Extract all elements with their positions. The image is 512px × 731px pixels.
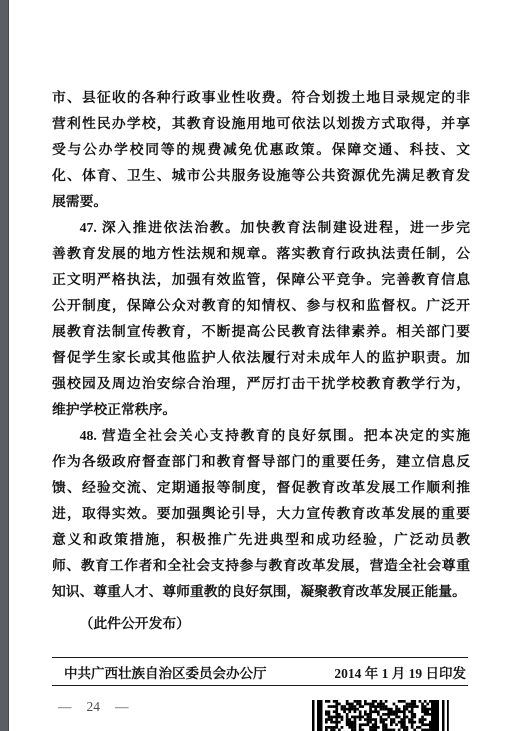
text-line: 作为各级政府督查部门和教育督导部门的重要任务，建立信息反 (52, 449, 470, 475)
text-line: 营利性民办学校，其教育设施用地可依法以划拨方式取得，并享 (52, 111, 470, 137)
barcode-svg (312, 700, 450, 731)
text-line: 正文明严格执法，加强有效监管，保障公平竞争。完善教育信息 (52, 267, 470, 293)
text-line: 知识、尊重人才、尊师重教的良好氛围，凝聚教育改革发展正能量。 (52, 579, 470, 605)
text-line: 展需要。 (52, 189, 470, 215)
text-line: 意义和政策措施，积极推广先进典型和成功经验，广泛动员教 (52, 527, 470, 553)
text-line: 师、教育工作者和全社会支持参与教育改革发展，营造全社会尊重 (52, 553, 470, 579)
text-line: 展教育法制宣传教育，不断提高公民教育法律素养。相关部门要 (52, 319, 470, 345)
page-number-dash-right: — (115, 699, 129, 715)
text-line: 强校园及周边治安综合治理，严厉打击干扰学校教育教学行为， (52, 371, 470, 397)
document-body: 市、县征收的各种行政事业性收费。符合划拨土地目录规定的非营利性民办学校，其教育设… (52, 85, 470, 637)
print-date: 2014 年 1 月 19 日印发 (334, 662, 466, 682)
page-number: — 24 — (58, 699, 129, 715)
issuing-office: 中共广西壮族自治区委员会办公厅 (64, 662, 267, 682)
document-page: 市、县征收的各种行政事业性收费。符合划拨土地目录规定的非营利性民办学校，其教育设… (0, 0, 512, 731)
footer-row: 中共广西壮族自治区委员会办公厅 2014 年 1 月 19 日印发 (52, 658, 468, 685)
text-line: 48. 营造全社会关心支持教育的良好氛围。把本决定的实施 (52, 423, 470, 449)
text-line: 馈、经验交流、定期通报等制度，督促教育改革发展工作顺利推 (52, 475, 470, 501)
text-line: 督促学生家长或其他监护人依法履行对未成年人的监护职责。加 (52, 345, 470, 371)
text-line: 化、体育、卫生、城市公共服务设施等公共资源优先满足教育发 (52, 163, 470, 189)
scan-edge-strip (0, 0, 9, 731)
footer-rule-bottom (52, 685, 468, 686)
footer-box: 中共广西壮族自治区委员会办公厅 2014 年 1 月 19 日印发 (52, 657, 468, 686)
text-line: 47. 深入推进依法治教。加快教育法制建设进程，进一步完 (52, 215, 470, 241)
barcode (312, 700, 450, 731)
text-line: 善教育发展的地方性法规和规章。落实教育行政执法责任制，公 (52, 241, 470, 267)
text-line: （此件公开发布） (52, 611, 470, 637)
page-number-dash-left: — (58, 699, 72, 715)
text-line: 公开制度，保障公众对教育的知情权、参与权和监督权。广泛开 (52, 293, 470, 319)
text-line: 进，取得实效。要加强舆论引导，大力宣传教育改革发展的重要 (52, 501, 470, 527)
page-number-value: 24 (87, 699, 101, 715)
text-line: 维护学校正常秩序。 (52, 397, 470, 423)
text-line: 受与公办学校同等的规费减免优惠政策。保障交通、科技、文 (52, 137, 470, 163)
text-line: 市、县征收的各种行政事业性收费。符合划拨土地目录规定的非 (52, 85, 470, 111)
